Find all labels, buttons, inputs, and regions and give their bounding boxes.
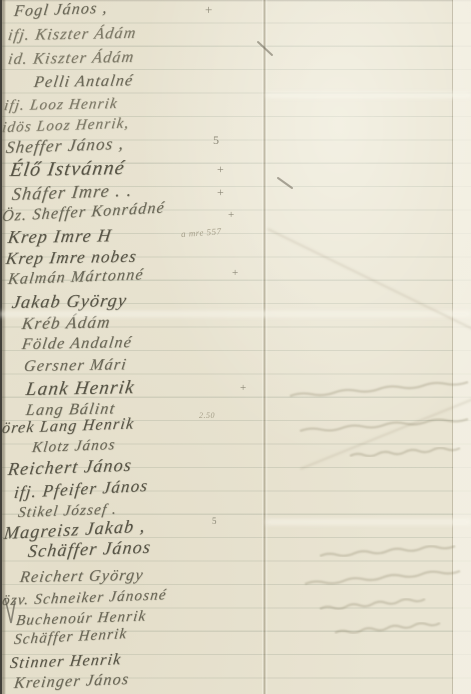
handwritten-line: Fogl János , — [13, 0, 109, 21]
handwritten-line: Földe Andalné — [21, 334, 133, 354]
handwritten-line: Krep Imre nobes — [5, 247, 139, 269]
handwritten-line: ifj. Pfeifer János — [13, 476, 149, 503]
handwritten-line: özv. Schneiker Jánosné — [1, 587, 168, 610]
handwritten-line: Reichert György — [19, 567, 145, 587]
handwritten-line: Reichert János — [7, 455, 134, 480]
stray-pencil-stroke — [278, 178, 292, 188]
plus-tally-mark: + — [205, 2, 212, 18]
handwritten-line: id. Kiszter Ádám — [7, 49, 136, 69]
plus-tally-mark: + — [240, 382, 246, 394]
horizontal-crease — [266, 92, 471, 98]
handwritten-line: Schäffer János — [27, 537, 153, 562]
document-scan: Fogl János ,+ifj. Kiszter Ádámid. Kiszte… — [0, 0, 471, 694]
bleedthrough-mirror-writing — [300, 419, 468, 431]
handwritten-line: Krep Imre H — [7, 225, 114, 248]
number-tally-mark: 5 — [213, 133, 219, 148]
pencil-annotation: 2.50 — [199, 411, 215, 420]
handwritten-line: Gersner Mári — [23, 356, 128, 376]
diagonal-crease — [267, 228, 471, 335]
number-tally-mark: 5 — [212, 516, 217, 526]
plus-tally-mark: + — [232, 267, 238, 279]
handwritten-line: Élő Istvánné — [8, 157, 126, 182]
handwritten-line: ifj. Looz Henrik — [3, 96, 119, 115]
handwritten-line: Stinner Henrik — [9, 651, 123, 673]
bleedthrough-mirror-writing — [335, 623, 440, 633]
handwritten-line: Pelli Antalné — [33, 72, 135, 92]
pencil-annotation: a mre 557 — [181, 226, 222, 239]
handwritten-line: ifj. Kiszter Ádám — [7, 25, 138, 45]
handwritten-line: Kalmán Mártonné — [7, 266, 145, 289]
bleedthrough-mirror-writing — [320, 599, 425, 609]
handwritten-line: Jakab György — [11, 290, 129, 313]
bleedthrough-mirror-writing — [305, 571, 460, 584]
page-right-edge — [452, 0, 471, 694]
handwritten-line: Lank Henrik — [24, 377, 136, 401]
handwritten-line: Klotz János — [31, 437, 117, 457]
handwritten-line: Sheffer János , — [5, 134, 126, 158]
plus-tally-mark: + — [217, 185, 224, 200]
vertical-fold-crease — [262, 0, 268, 694]
horizontal-crease — [266, 519, 471, 525]
bleedthrough-mirror-writing — [290, 382, 468, 396]
plus-tally-mark: + — [217, 162, 224, 177]
handwritten-line: Kréb Ádám — [21, 312, 113, 334]
bleedthrough-mirror-writing — [350, 448, 460, 456]
plus-tally-mark: + — [228, 209, 234, 221]
handwritten-line: Kreinger János — [13, 671, 130, 693]
handwritten-line: örek Lang Henrik — [1, 415, 136, 438]
bleedthrough-mirror-writing — [320, 546, 455, 556]
diagonal-crease — [300, 393, 471, 470]
